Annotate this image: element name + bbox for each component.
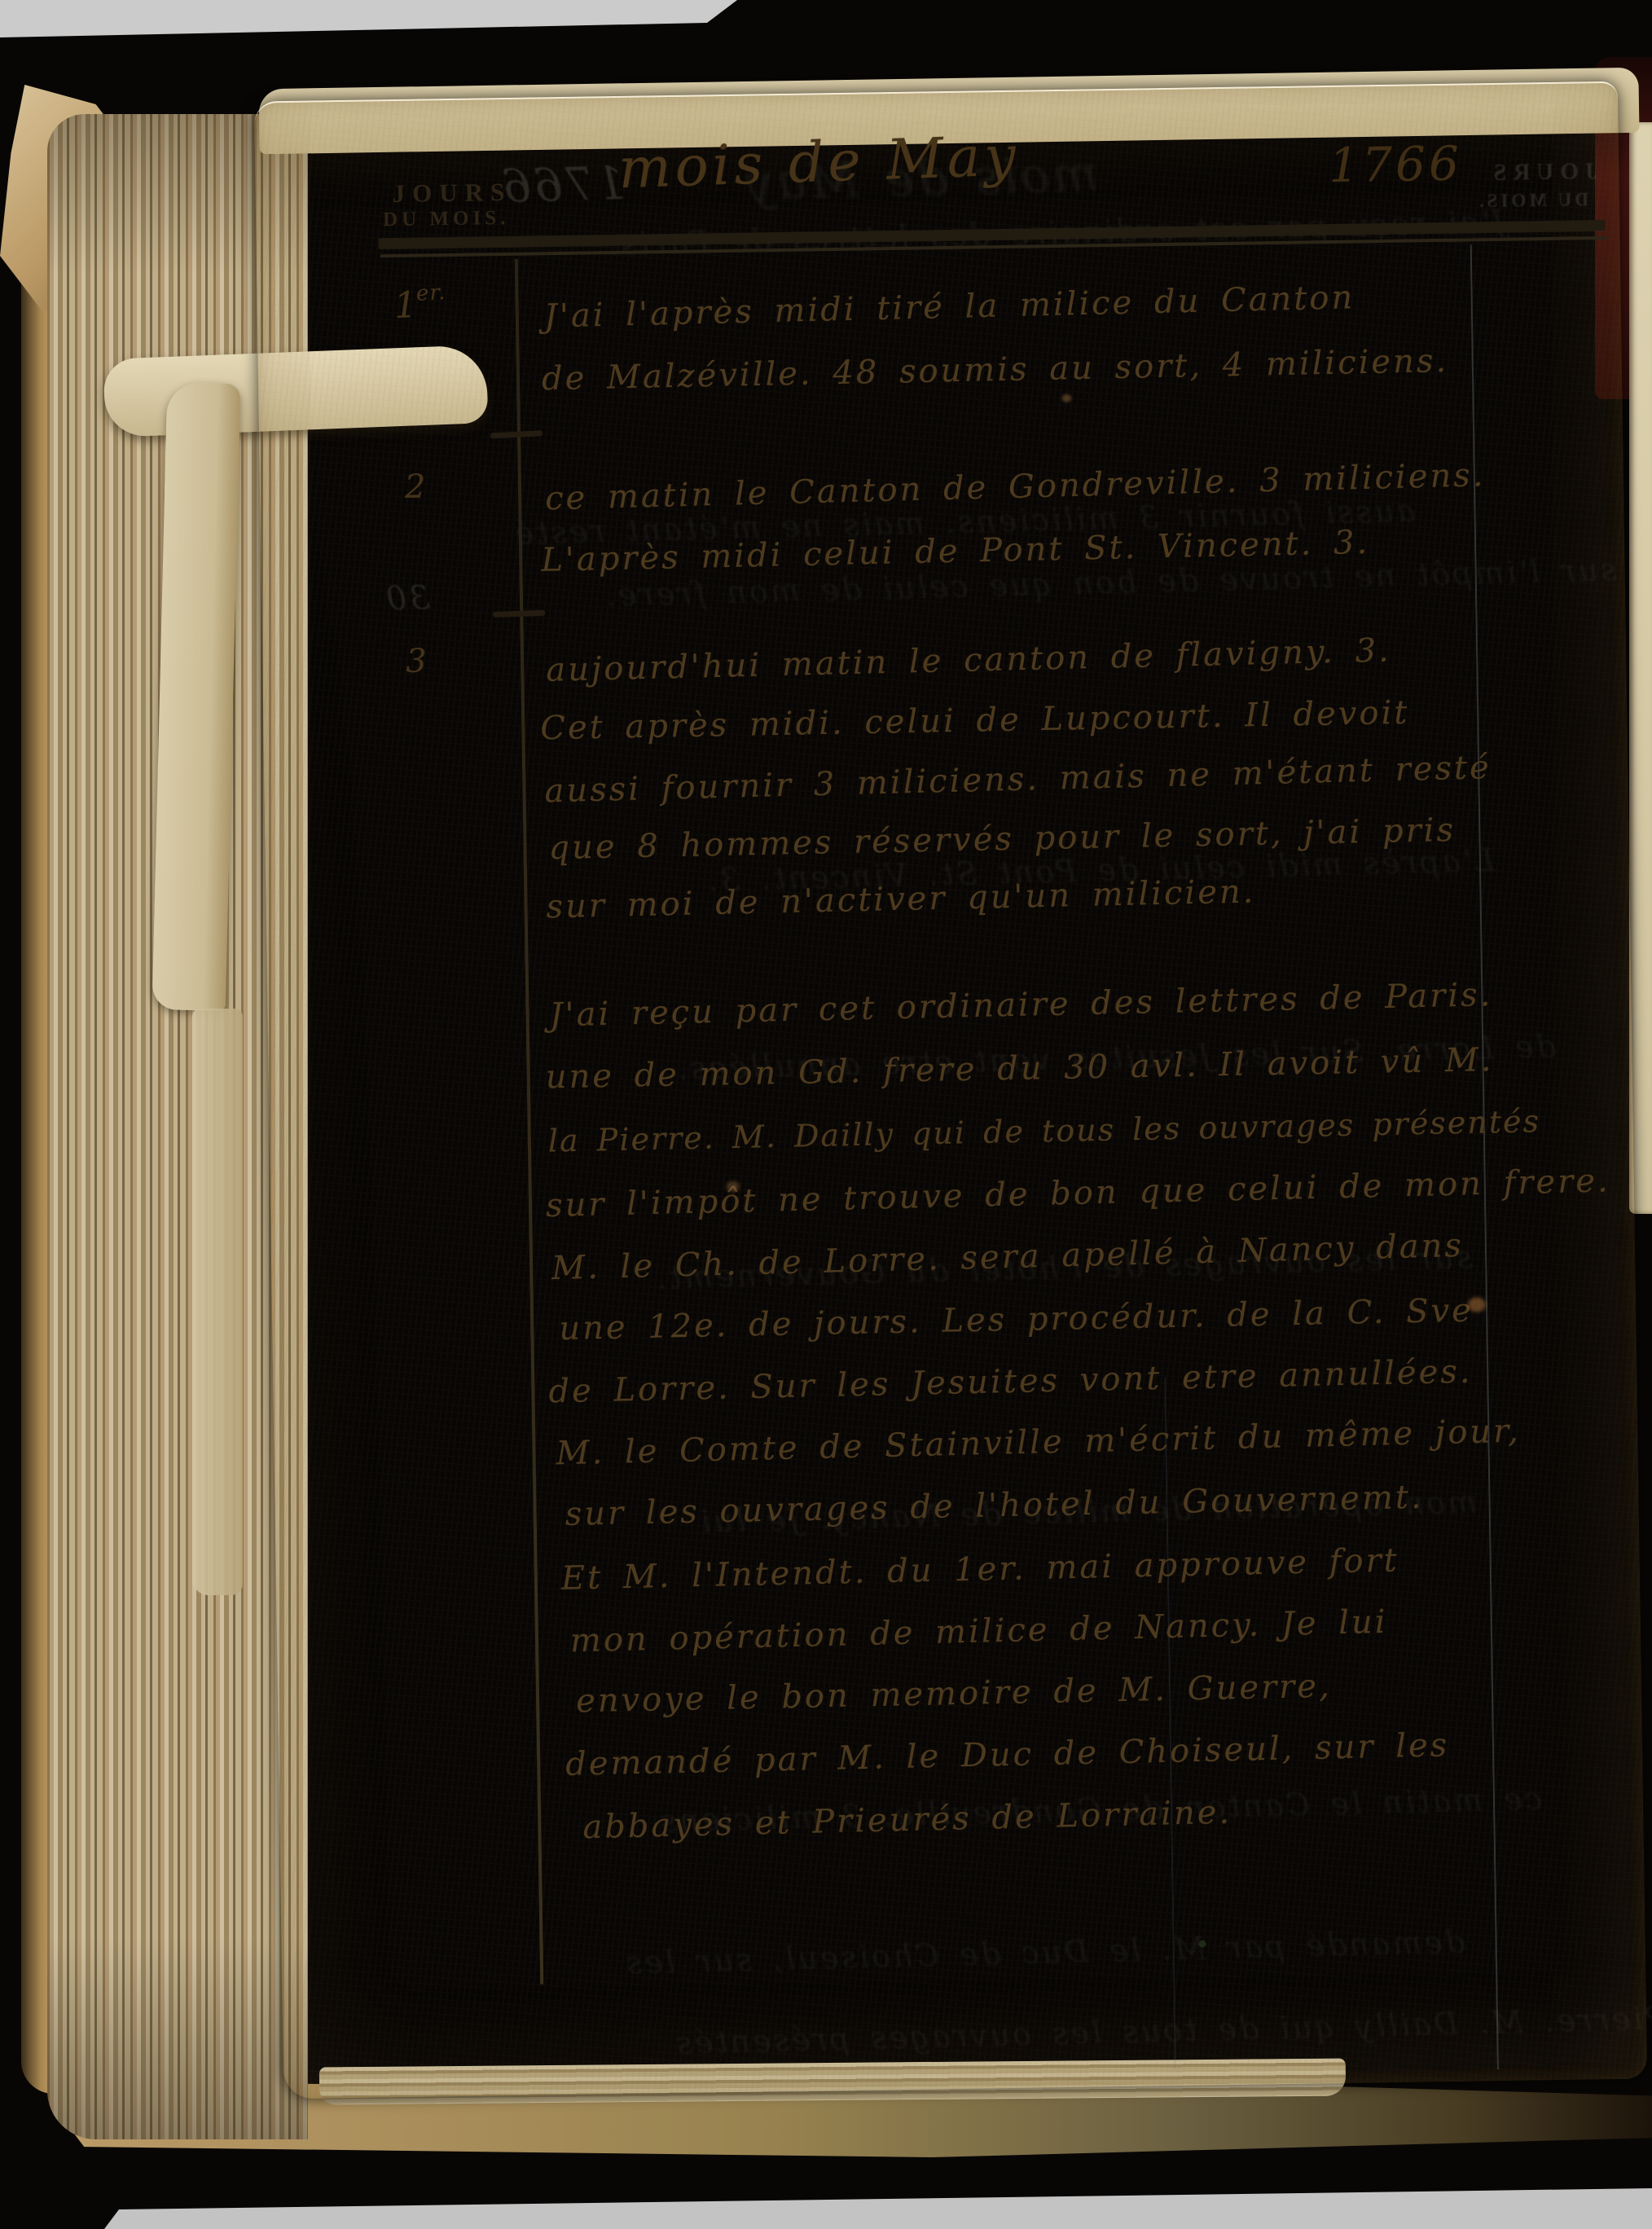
printed-header-du-mois: DU MOIS. [383,207,510,231]
scanner-bed-strip-bottom [0,2188,1652,2229]
next-page-edge [1629,122,1652,1214]
month-title-script: mois de May [617,124,1021,201]
day-number-2: 2 [405,462,426,505]
scanner-bed-strip-top [0,0,1652,41]
bleedthrough-text: 1766 [499,157,626,213]
journal-page: 1766 mois de May JOURS DU MOIS. 30 J'ai … [254,81,1647,2099]
bleedthrough-numeral: 30 [383,579,430,618]
day-number-3: 3 [406,636,427,679]
scanned-manuscript-photo: { "header": { "printed_top": "JOURS", "p… [0,0,1652,2229]
printed-header-jours: JOURS [392,178,512,209]
year-script: 1766 [1329,136,1463,193]
bleedthrough-printed-header: JOURS [1487,158,1597,187]
curled-leaf-middle [152,382,241,1011]
leaf-band [192,1009,243,1595]
day-number-1: 1er. [393,280,447,327]
ink-speck [1199,1940,1206,1947]
